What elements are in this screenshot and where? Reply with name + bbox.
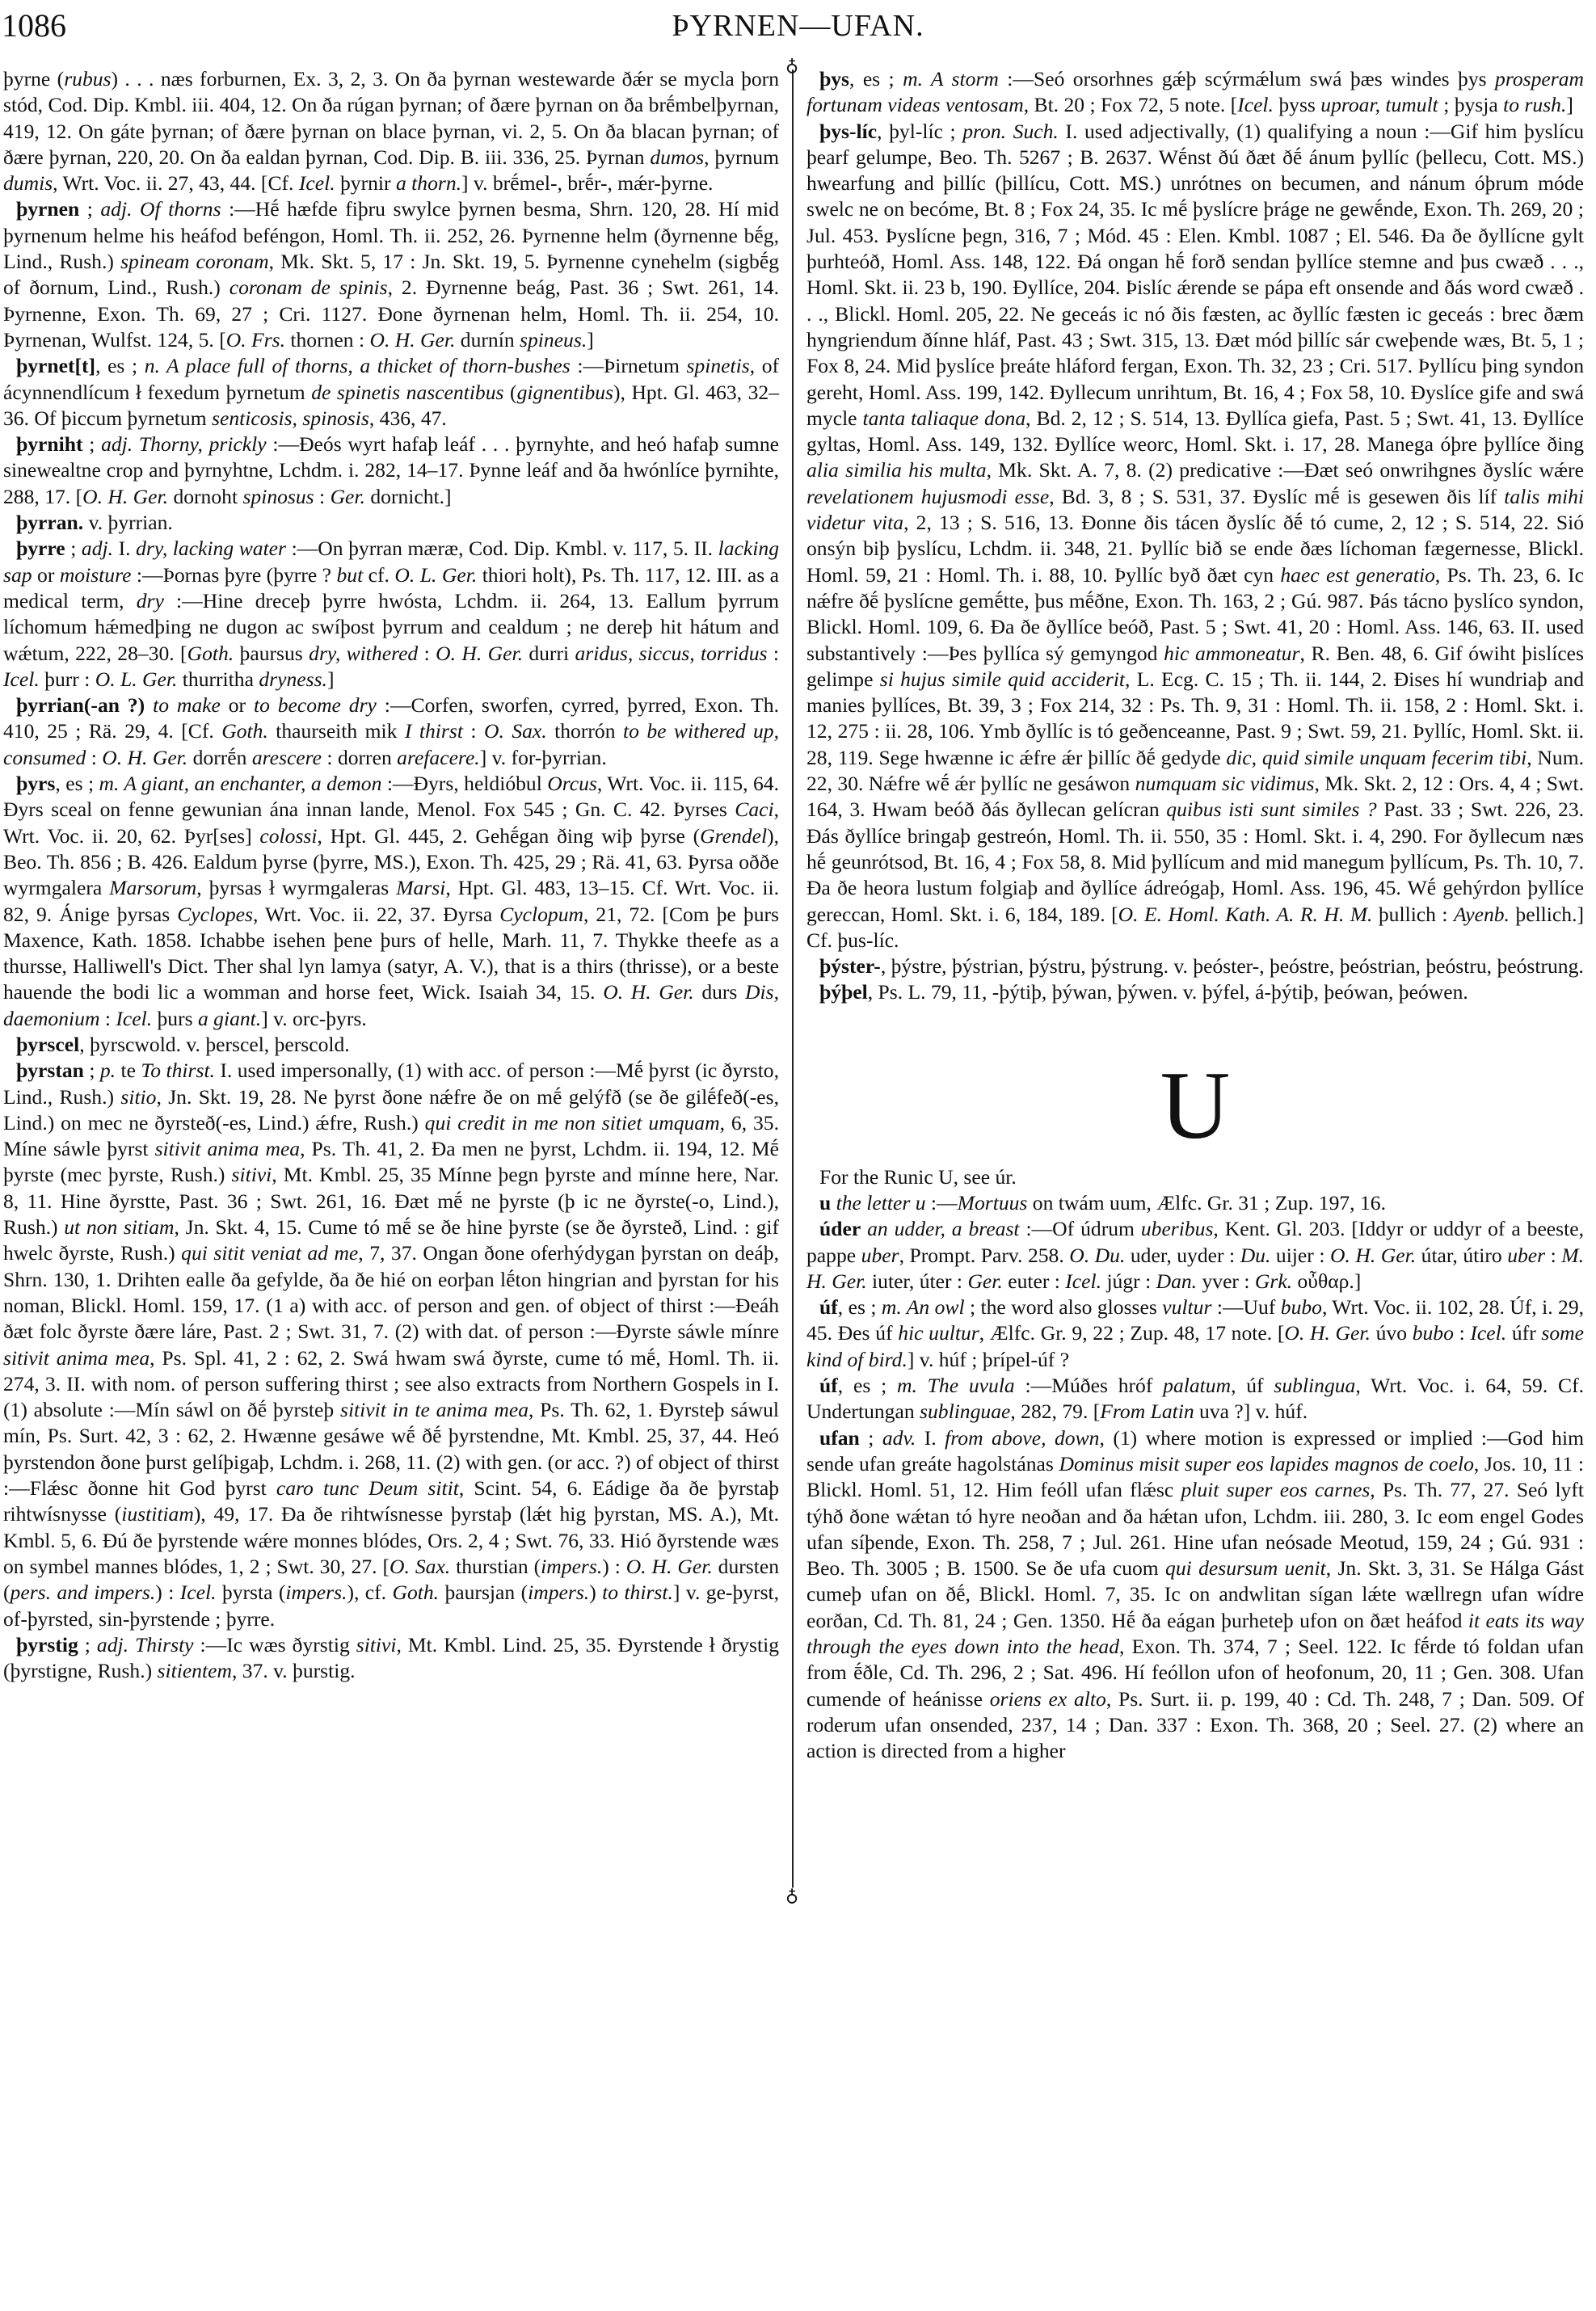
italic-text: p. xyxy=(100,1059,116,1082)
body-text: ; xyxy=(78,1633,97,1656)
italic-text: sitivit in te anima mea xyxy=(340,1398,528,1421)
italic-text: adv. xyxy=(882,1426,916,1450)
italic-text: Icel. xyxy=(1470,1321,1506,1345)
italic-text: m. The uvula xyxy=(897,1374,1015,1397)
body-text: dornicht.] xyxy=(365,485,452,508)
italic-text: impers. xyxy=(285,1581,347,1604)
italic-text: haec est generatio xyxy=(1280,563,1435,587)
italic-text: dry, withered xyxy=(309,642,418,665)
body-text: , 282, 79. [ xyxy=(1010,1400,1100,1423)
italic-text: spinosus xyxy=(242,485,314,508)
headword: þyrnen xyxy=(16,197,79,221)
italic-text: adj. Of thorns xyxy=(100,197,221,221)
italic-text: uber xyxy=(861,1244,899,1267)
italic-text: the letter u xyxy=(836,1191,926,1214)
headword: úder xyxy=(819,1217,861,1240)
italic-text: Icel. xyxy=(1237,93,1274,116)
body-text: uva ?] v. húf. xyxy=(1194,1400,1308,1423)
italic-text: Cyclopum xyxy=(499,903,583,926)
body-text: iuter, úter : xyxy=(867,1269,968,1293)
headword: ufan xyxy=(819,1426,860,1450)
dictionary-entry: þyrstan ; p. te To thirst. I. used imper… xyxy=(3,1058,779,1632)
entry-list: þys, es ; m. A storm :—Seó orsorhnes gǽþ… xyxy=(806,66,1584,1006)
italic-text: Ger. xyxy=(331,485,365,508)
headword: þyrnet[t] xyxy=(16,354,95,377)
italic-text: spineam coronam xyxy=(120,250,269,273)
italic-text: si hujus simile quid acciderit xyxy=(880,667,1125,691)
body-text: uijer : xyxy=(1270,1244,1330,1267)
italic-text: quibus isti sunt similes ? xyxy=(1166,798,1376,821)
italic-text: dumis xyxy=(3,171,53,195)
italic-text: Goth. xyxy=(187,642,234,665)
dictionary-entry: þyrs, es ; m. A giant, an enchanter, a d… xyxy=(3,771,779,1032)
headword: þys xyxy=(819,67,849,91)
body-text: úvo xyxy=(1371,1321,1413,1345)
italic-text: bubo xyxy=(1281,1295,1322,1319)
body-text: durs xyxy=(694,980,745,1004)
italic-text: O. H. Ger. xyxy=(436,642,523,665)
headword: úf xyxy=(819,1295,838,1319)
body-text: , úf xyxy=(1231,1374,1274,1397)
body-text: durnín xyxy=(455,328,520,351)
italic-text: moisture xyxy=(60,563,132,587)
body-text: þaursus xyxy=(234,642,309,665)
italic-text: dic, quid simile unquam fecerim tibi xyxy=(1226,746,1527,769)
u-section-entries: For the Runic U, see úr.u the letter u :… xyxy=(806,1164,1584,1765)
italic-text: Icel. xyxy=(116,1007,152,1030)
italic-text: sitivit anima mea xyxy=(3,1346,149,1370)
dictionary-entry: u the letter u :—Mortuus on twám uum, Æl… xyxy=(806,1190,1584,1216)
body-text: , þyrnum xyxy=(704,145,779,169)
body-text: te xyxy=(116,1059,141,1082)
body-text: :—Ðyrs, heldióbul xyxy=(381,772,547,795)
dictionary-entry: þyrrian(-an ?) to make or to become dry … xyxy=(3,692,779,771)
italic-text: gignentibus xyxy=(517,381,613,404)
body-text: þyrsta ( xyxy=(217,1581,286,1604)
dictionary-entry: þyrnet[t], es ; n. A place full of thorn… xyxy=(3,353,779,431)
italic-text: impers. xyxy=(541,1555,602,1578)
italic-text: O. Sax. xyxy=(390,1555,450,1578)
body-text: úfr xyxy=(1506,1321,1541,1345)
section-letter: U xyxy=(806,1053,1584,1158)
headword: þyrrian(-an ?) xyxy=(16,693,145,717)
body-text: : xyxy=(1454,1321,1471,1345)
body-text: : xyxy=(314,485,331,508)
italic-text: Goth. xyxy=(221,719,268,743)
body-text: dorrḗn xyxy=(187,746,252,769)
italic-text: O. H. Ger. xyxy=(603,980,693,1004)
body-text: : xyxy=(99,1007,116,1030)
italic-text: Goth. xyxy=(392,1581,439,1604)
headword: þyrstig xyxy=(16,1633,78,1656)
body-text: ) : xyxy=(155,1581,179,1604)
italic-text: spinetis xyxy=(686,354,749,377)
italic-text: hic ammoneatur xyxy=(1164,642,1299,665)
body-text: ; þysja xyxy=(1438,93,1503,116)
body-text: : xyxy=(463,719,484,743)
body-text: ; xyxy=(83,432,102,456)
italic-text: Du. xyxy=(1240,1244,1271,1267)
body-text: : xyxy=(1545,1244,1561,1267)
italic-text: O. Frs. xyxy=(226,328,285,351)
italic-text: senticosis, spinosis xyxy=(212,406,369,430)
body-text: þurs xyxy=(152,1007,198,1030)
italic-text: numquam sic vidimus xyxy=(1135,772,1315,795)
dictionary-entry: þys-líc, þyl-líc ; pron. Such. I. used a… xyxy=(806,119,1584,954)
body-text: ] xyxy=(327,667,335,691)
headword: þyrre xyxy=(16,537,65,560)
body-text: :—Ic wæs ðyrstig xyxy=(194,1633,356,1656)
running-head: ÞYRNEN—UFAN. xyxy=(0,8,1596,44)
body-text: v. þyrrian. xyxy=(83,511,173,534)
italic-text: Icel. xyxy=(1065,1269,1101,1293)
italic-text: pron. Such. xyxy=(962,120,1059,143)
body-text: ] v. for-þyrrian. xyxy=(480,746,607,769)
italic-text: sitivi xyxy=(232,1163,272,1186)
italic-text: O. L. Ger. xyxy=(394,563,477,587)
italic-text: adj. Thirsty xyxy=(97,1633,194,1656)
body-text: ; xyxy=(65,537,82,560)
italic-text: Dominus misit super eos lapides magnos d… xyxy=(1059,1452,1474,1475)
dictionary-entry: þyrran. v. þyrrian. xyxy=(3,510,779,536)
dictionary-entry: þyrstig ; adj. Thirsty :—Ic wæs ðyrstig … xyxy=(3,1632,779,1685)
body-text: , Bt. 20 ; Fox 72, 5 note. [ xyxy=(1024,93,1237,116)
italic-text: ut non sitiam xyxy=(64,1215,174,1239)
body-text: , Ælfc. Gr. 9, 22 ; Zup. 48, 17 note. [ xyxy=(979,1321,1285,1345)
body-text: I. used adjectivally, (1) qualifying a n… xyxy=(806,120,1584,430)
headword: þýþel xyxy=(819,980,868,1004)
italic-text: aridus, siccus, torridus xyxy=(575,642,767,665)
italic-text: O. H. Ger. xyxy=(1330,1244,1416,1267)
italic-text: but xyxy=(337,563,364,587)
body-text: þyrne ( xyxy=(3,67,64,91)
italic-text: Icel. xyxy=(180,1581,217,1604)
body-text: ) : xyxy=(602,1555,626,1578)
body-text: , þýstre, þýstrian, þýstru, þýstrung. v.… xyxy=(881,954,1584,978)
italic-text: Cyclopes xyxy=(177,903,253,926)
italic-text: O. L. Ger. xyxy=(95,667,178,691)
body-text: I. xyxy=(916,1426,945,1450)
italic-text: qui sitit veniat ad me xyxy=(181,1241,358,1265)
italic-text: qui desursum uenit xyxy=(1165,1556,1326,1580)
dictionary-entry: úder an udder, a breast :—Of údrum uberi… xyxy=(806,1216,1584,1294)
dictionary-entry: úf, es ; m. An owl ; the word also gloss… xyxy=(806,1294,1584,1373)
dictionary-entry: þys, es ; m. A storm :—Seó orsorhnes gǽþ… xyxy=(806,66,1584,119)
headword: úf xyxy=(819,1374,838,1397)
body-text: , Wrt. Voc. ii. 22, 37. Ðyrsa xyxy=(253,903,499,926)
body-text: ; xyxy=(860,1426,882,1450)
italic-text: vultur xyxy=(1162,1295,1211,1319)
body-text: :—On þyrran mæræ, Cod. Dip. Kmbl. v. 117… xyxy=(286,537,718,560)
italic-text: to become dry xyxy=(254,693,377,717)
right-column: þys, es ; m. A storm :—Seó orsorhnes gǽþ… xyxy=(806,66,1584,1765)
body-text: , 37. v. þurstig. xyxy=(232,1659,356,1682)
italic-text: bubo xyxy=(1413,1321,1454,1345)
dictionary-entry: þyrre ; adj. I. dry, lacking water :—On … xyxy=(3,536,779,692)
page-header: 1086 ÞYRNEN—UFAN. xyxy=(0,0,1596,48)
italic-text: Icel. xyxy=(3,667,40,691)
italic-text: to thirst. xyxy=(602,1581,673,1604)
italic-text: m. A storm xyxy=(903,67,999,91)
body-text: I. xyxy=(113,537,136,560)
italic-text: tanta taliaque dona xyxy=(863,406,1026,430)
headword: þyrran. xyxy=(16,511,83,534)
dictionary-entry: þýþel, Ps. L. 79, 11, -þýtiþ, þýwan, þýw… xyxy=(806,979,1584,1005)
italic-text: dry xyxy=(137,589,164,612)
entry-list: þyrne (rubus) . . . næs forburnen, Ex. 3… xyxy=(3,66,779,1684)
body-text: on twám uum, Ælfc. Gr. 31 ; Zup. 197, 16… xyxy=(1027,1191,1386,1214)
body-text: , es ; xyxy=(838,1295,882,1319)
body-text: , es ; xyxy=(55,772,99,795)
italic-text: sitivit anima mea xyxy=(155,1137,301,1160)
italic-text: pers. and impers. xyxy=(11,1581,156,1604)
italic-text: sitivi xyxy=(356,1633,397,1656)
body-text: útar, útiro xyxy=(1416,1244,1507,1267)
body-text: ( xyxy=(504,381,517,404)
body-text: , Prompt. Parv. 258. xyxy=(899,1244,1070,1267)
italic-text: O. E. Homl. Kath. A. R. H. M. xyxy=(1118,903,1373,926)
rule-ornament-bottom-icon: ♁ xyxy=(785,1887,798,1905)
body-text: dornoht xyxy=(168,485,242,508)
italic-text: dryness. xyxy=(259,667,327,691)
italic-text: hic uultur xyxy=(898,1321,979,1345)
body-text: ; xyxy=(84,1059,100,1082)
body-text: :— xyxy=(926,1191,958,1214)
italic-text: n. A place full of thorns, a thicket of … xyxy=(145,354,571,377)
body-text: : xyxy=(767,642,778,665)
italic-text: O. H. Ger. xyxy=(369,328,455,351)
body-text: thaurseith mik xyxy=(268,719,405,743)
italic-text: pluit super eos carnes xyxy=(1181,1478,1370,1501)
body-text: , þyrsas ł wyrmgaleras xyxy=(196,876,396,899)
body-text: þyrnir xyxy=(335,171,396,195)
italic-text: caro tunc Deum sitit xyxy=(276,1476,459,1500)
body-text: thurritha xyxy=(177,667,259,691)
body-text: þaursjan ( xyxy=(439,1581,528,1604)
italic-text: uproar, tumult xyxy=(1320,93,1438,116)
body-text: :—Þornas þyre (þyrre ? xyxy=(131,563,336,587)
italic-text: Ayenb. xyxy=(1454,903,1510,926)
body-text: , þyl-líc ; xyxy=(877,120,962,143)
italic-text: Orcus xyxy=(547,772,597,795)
italic-text: a thorn. xyxy=(396,171,461,195)
italic-text: impers. xyxy=(528,1581,589,1604)
headword: u xyxy=(819,1191,831,1214)
body-text: For the Runic U, see úr. xyxy=(819,1165,1017,1189)
body-text: thorrón xyxy=(547,719,623,743)
body-text: or xyxy=(221,693,254,717)
dictionary-entry: þyrscel, þyrscwold. v. þerscel, þerscold… xyxy=(3,1032,779,1058)
body-text: , þyrscwold. v. þerscel, þerscold. xyxy=(79,1033,350,1056)
body-text xyxy=(145,693,153,717)
headword: þýster- xyxy=(819,954,881,978)
headword: þys-líc xyxy=(819,120,877,143)
italic-text: from above, down xyxy=(945,1426,1099,1450)
italic-text: Marsorum xyxy=(109,876,196,899)
body-text: durri xyxy=(523,642,575,665)
italic-text: Marsi xyxy=(396,876,445,899)
italic-text: de spinetis nascentibus xyxy=(311,381,503,404)
italic-text: Ger. xyxy=(967,1269,1002,1293)
headword: þyrstan xyxy=(16,1059,84,1082)
italic-text: to make xyxy=(153,693,221,717)
body-text: : xyxy=(86,746,102,769)
italic-text: uberibus xyxy=(1141,1217,1214,1240)
italic-text: adj. Thorny, prickly xyxy=(101,432,267,456)
body-text: thornen : xyxy=(285,328,370,351)
italic-text: O. Du. xyxy=(1069,1244,1125,1267)
body-text: :—Of údrum xyxy=(1020,1217,1141,1240)
body-text: οὖθαρ.] xyxy=(1292,1269,1361,1293)
italic-text: dry, lacking water xyxy=(136,537,286,560)
italic-text: sitio xyxy=(120,1085,156,1109)
italic-text: Grendel xyxy=(700,824,767,848)
italic-text: adj. xyxy=(82,537,113,560)
italic-text: O. H. Ger. xyxy=(82,485,168,508)
body-text: , es ; xyxy=(849,67,903,91)
italic-text: m. A giant, an enchanter, a demon xyxy=(99,772,382,795)
italic-text: I thirst xyxy=(405,719,463,743)
body-text: ] v. brḗmel-, brḗr-, mǽr-þyrne. xyxy=(461,171,713,195)
italic-text: revelationem hujusmodi esse xyxy=(806,485,1049,508)
italic-text: arescere xyxy=(252,746,322,769)
italic-text: sublinguae xyxy=(920,1400,1010,1423)
left-column: þyrne (rubus) . . . næs forburnen, Ex. 3… xyxy=(3,66,779,1684)
body-text: or xyxy=(32,563,60,587)
body-text: ) xyxy=(589,1581,602,1604)
body-text: þullich : xyxy=(1372,903,1454,926)
body-text: cf. xyxy=(363,563,394,587)
body-text: , Wrt. Voc. ii. 27, 43, 44. [Cf. xyxy=(53,171,299,195)
italic-text: Caci xyxy=(735,798,773,821)
italic-text: to rush. xyxy=(1503,93,1566,116)
body-text: :—Seó orsorhnes gǽþ scýrmǽlum swá þæs wi… xyxy=(999,67,1495,91)
italic-text: Dan. xyxy=(1156,1269,1197,1293)
italic-text: O. Sax. xyxy=(484,719,547,743)
italic-text: sublingua xyxy=(1274,1374,1355,1397)
dictionary-entry: þyrniht ; adj. Thorny, prickly :—Ðeós wy… xyxy=(3,431,779,510)
italic-text: From Latin xyxy=(1100,1400,1194,1423)
body-text: , Bd. 3, 8 ; S. 531, 37. Ðyslíc mḗ is ge… xyxy=(1049,485,1504,508)
italic-text: To thirst. xyxy=(141,1059,215,1082)
dictionary-entry: úf, es ; m. The uvula :—Múðes hróf palat… xyxy=(806,1373,1584,1425)
headword: þyrscel xyxy=(16,1033,79,1056)
body-text: :—Múðes hróf xyxy=(1015,1374,1163,1397)
body-text: :—Uuf xyxy=(1211,1295,1280,1319)
rule-ornament-top-icon: ♁ xyxy=(785,57,798,74)
italic-text: spineus. xyxy=(520,328,587,351)
dictionary-entry: þyrne (rubus) . . . næs forburnen, Ex. 3… xyxy=(3,66,779,196)
body-text: euter : xyxy=(1003,1269,1065,1293)
dictionary-entry: þyrnen ; adj. Of thorns :—Hḗ hæfde fiþru… xyxy=(3,196,779,353)
italic-text: sitientem xyxy=(158,1659,232,1682)
body-text: , Mk. Skt. A. 7, 8. (2) predicative :—Ðæ… xyxy=(987,458,1584,482)
italic-text: oriens ex alto xyxy=(990,1687,1106,1711)
body-text: ; xyxy=(79,197,100,221)
column-rule xyxy=(792,69,794,1888)
italic-text: Grk. xyxy=(1255,1269,1292,1293)
body-text: ] v. orc-þyrs. xyxy=(261,1007,367,1030)
italic-text: O. H. Ger. xyxy=(626,1555,713,1578)
dictionary-entry: ufan ; adv. I. from above, down, (1) whe… xyxy=(806,1425,1584,1765)
italic-text: Mortuus xyxy=(958,1191,1028,1214)
italic-text: a giant. xyxy=(198,1007,261,1030)
italic-text: alia similia his multa xyxy=(806,458,987,482)
body-text: :—Þirnetum xyxy=(571,354,687,377)
body-text: thurstian ( xyxy=(450,1555,541,1578)
body-text: ] xyxy=(587,328,594,351)
body-text: þurr : xyxy=(40,667,95,691)
body-text: ] xyxy=(1566,93,1573,116)
italic-text: qui credit in me non sitiet umquam xyxy=(425,1111,720,1134)
body-text: , Hpt. Gl. 445, 2. Gehḗgan ðing wiþ þyrs… xyxy=(318,824,701,848)
body-text: ; the word also glosses xyxy=(965,1295,1163,1319)
body-text: : xyxy=(418,642,436,665)
headword: þyrniht xyxy=(16,432,83,456)
body-text: ] v. húf ; þrípel-úf ? xyxy=(907,1348,1069,1371)
italic-text: uber xyxy=(1507,1244,1545,1267)
body-text: : dorren xyxy=(322,746,397,769)
body-text xyxy=(861,1217,867,1240)
body-text: uder, uyder : xyxy=(1125,1244,1240,1267)
italic-text: iustitiam xyxy=(121,1502,194,1526)
italic-text: O. H. Ger. xyxy=(102,746,187,769)
italic-text: rubus xyxy=(64,67,111,91)
body-text: ), cf. xyxy=(347,1581,392,1604)
dictionary-entry: For the Runic U, see úr. xyxy=(806,1164,1584,1190)
italic-text: O. H. Ger. xyxy=(1284,1321,1371,1345)
italic-text: an udder, a breast xyxy=(867,1217,1019,1240)
body-text: yver : xyxy=(1197,1269,1255,1293)
italic-text: Icel. xyxy=(299,171,335,195)
body-text: , 436, 47. xyxy=(369,406,447,430)
italic-text: m. An owl xyxy=(882,1295,965,1319)
body-text: , es ; xyxy=(838,1374,897,1397)
body-text: , es ; xyxy=(95,354,145,377)
headword: þyrs xyxy=(16,772,55,795)
body-text: , Ps. L. 79, 11, -þýtiþ, þýwan, þýwen. v… xyxy=(868,980,1468,1004)
body-text: júgr : xyxy=(1101,1269,1156,1293)
italic-text: colossi xyxy=(259,824,317,848)
italic-text: arefacere. xyxy=(397,746,480,769)
italic-text: dumos xyxy=(650,145,704,169)
italic-text: coronam de spinis xyxy=(230,276,388,299)
italic-text: palatum xyxy=(1163,1374,1231,1397)
body-text: þyss xyxy=(1274,93,1320,116)
dictionary-entry: þýster-, þýstre, þýstrian, þýstru, þýstr… xyxy=(806,953,1584,979)
